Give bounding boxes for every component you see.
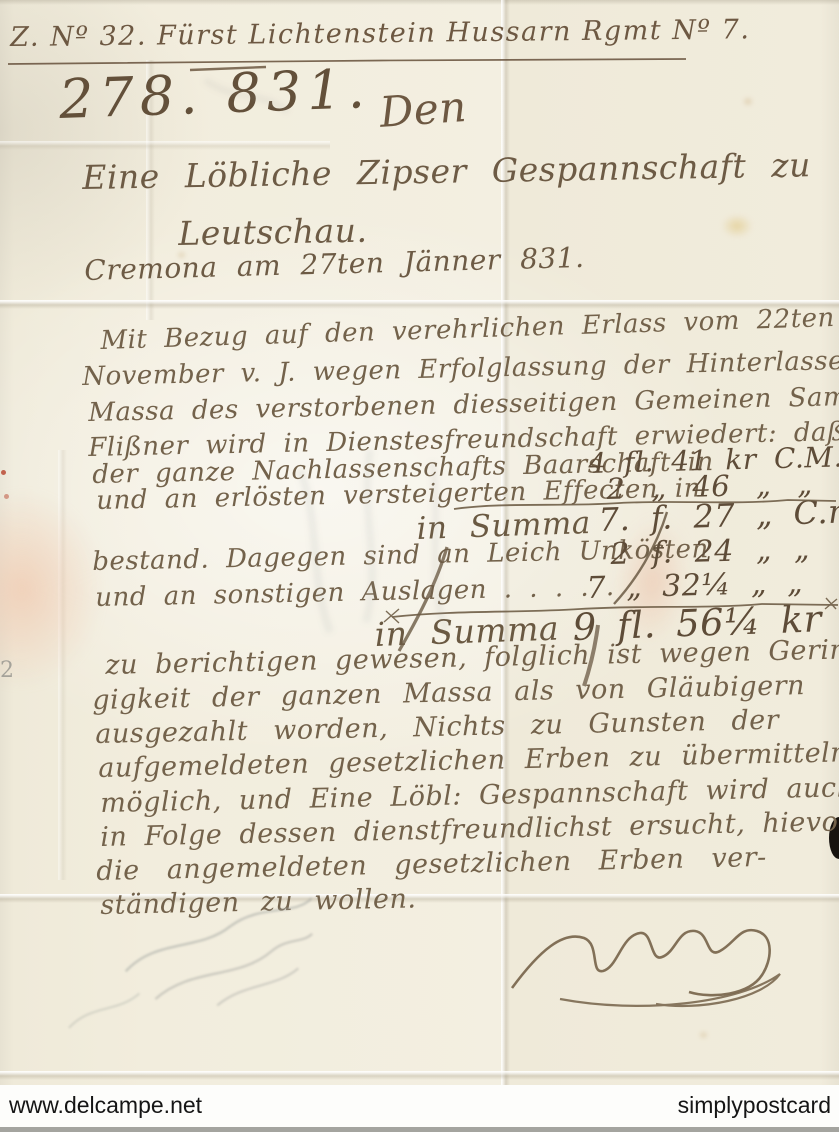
address-line-1: Eine Löbliche Zipser Gespannschaft zu xyxy=(82,145,811,197)
scan-bottom-edge xyxy=(0,1127,839,1132)
scanned-letter: Z. Nº 32. Fürst Lichtenstein Hussarn Rgm… xyxy=(0,0,839,1132)
account-entry-text: und an sonstigen Auslagen . . . . . xyxy=(95,572,615,613)
foxing-dot xyxy=(700,1032,707,1038)
pencil-margin-number: 2 xyxy=(0,658,15,683)
signature-flourish xyxy=(512,930,780,1006)
foxing-stain xyxy=(721,214,753,238)
foxing-dot xyxy=(744,98,752,105)
registry-number: 278. 831. xyxy=(58,57,372,131)
docket-line: Z. Nº 32. Fürst Lichtenstein Hussarn Rgm… xyxy=(10,14,751,53)
fold-crease-top xyxy=(0,141,330,150)
paper-edge xyxy=(0,0,839,5)
letter-paper: Z. Nº 32. Fürst Lichtenstein Hussarn Rgm… xyxy=(0,0,839,1085)
wax-seal-stain-left xyxy=(0,492,102,687)
body-line: ständigen zu wollen. xyxy=(100,883,417,921)
watermark-strip: www.delcampe.net simplypostcard xyxy=(0,1085,839,1132)
fold-crease-vertical-lower-left xyxy=(58,450,67,880)
fold-crease-bottom xyxy=(0,1071,839,1080)
red-speck xyxy=(1,470,6,475)
watermark-left: www.delcampe.net xyxy=(9,1092,202,1119)
salutation: Den xyxy=(378,82,468,137)
red-speck xyxy=(4,494,9,499)
watermark-right: simplypostcard xyxy=(678,1092,831,1119)
